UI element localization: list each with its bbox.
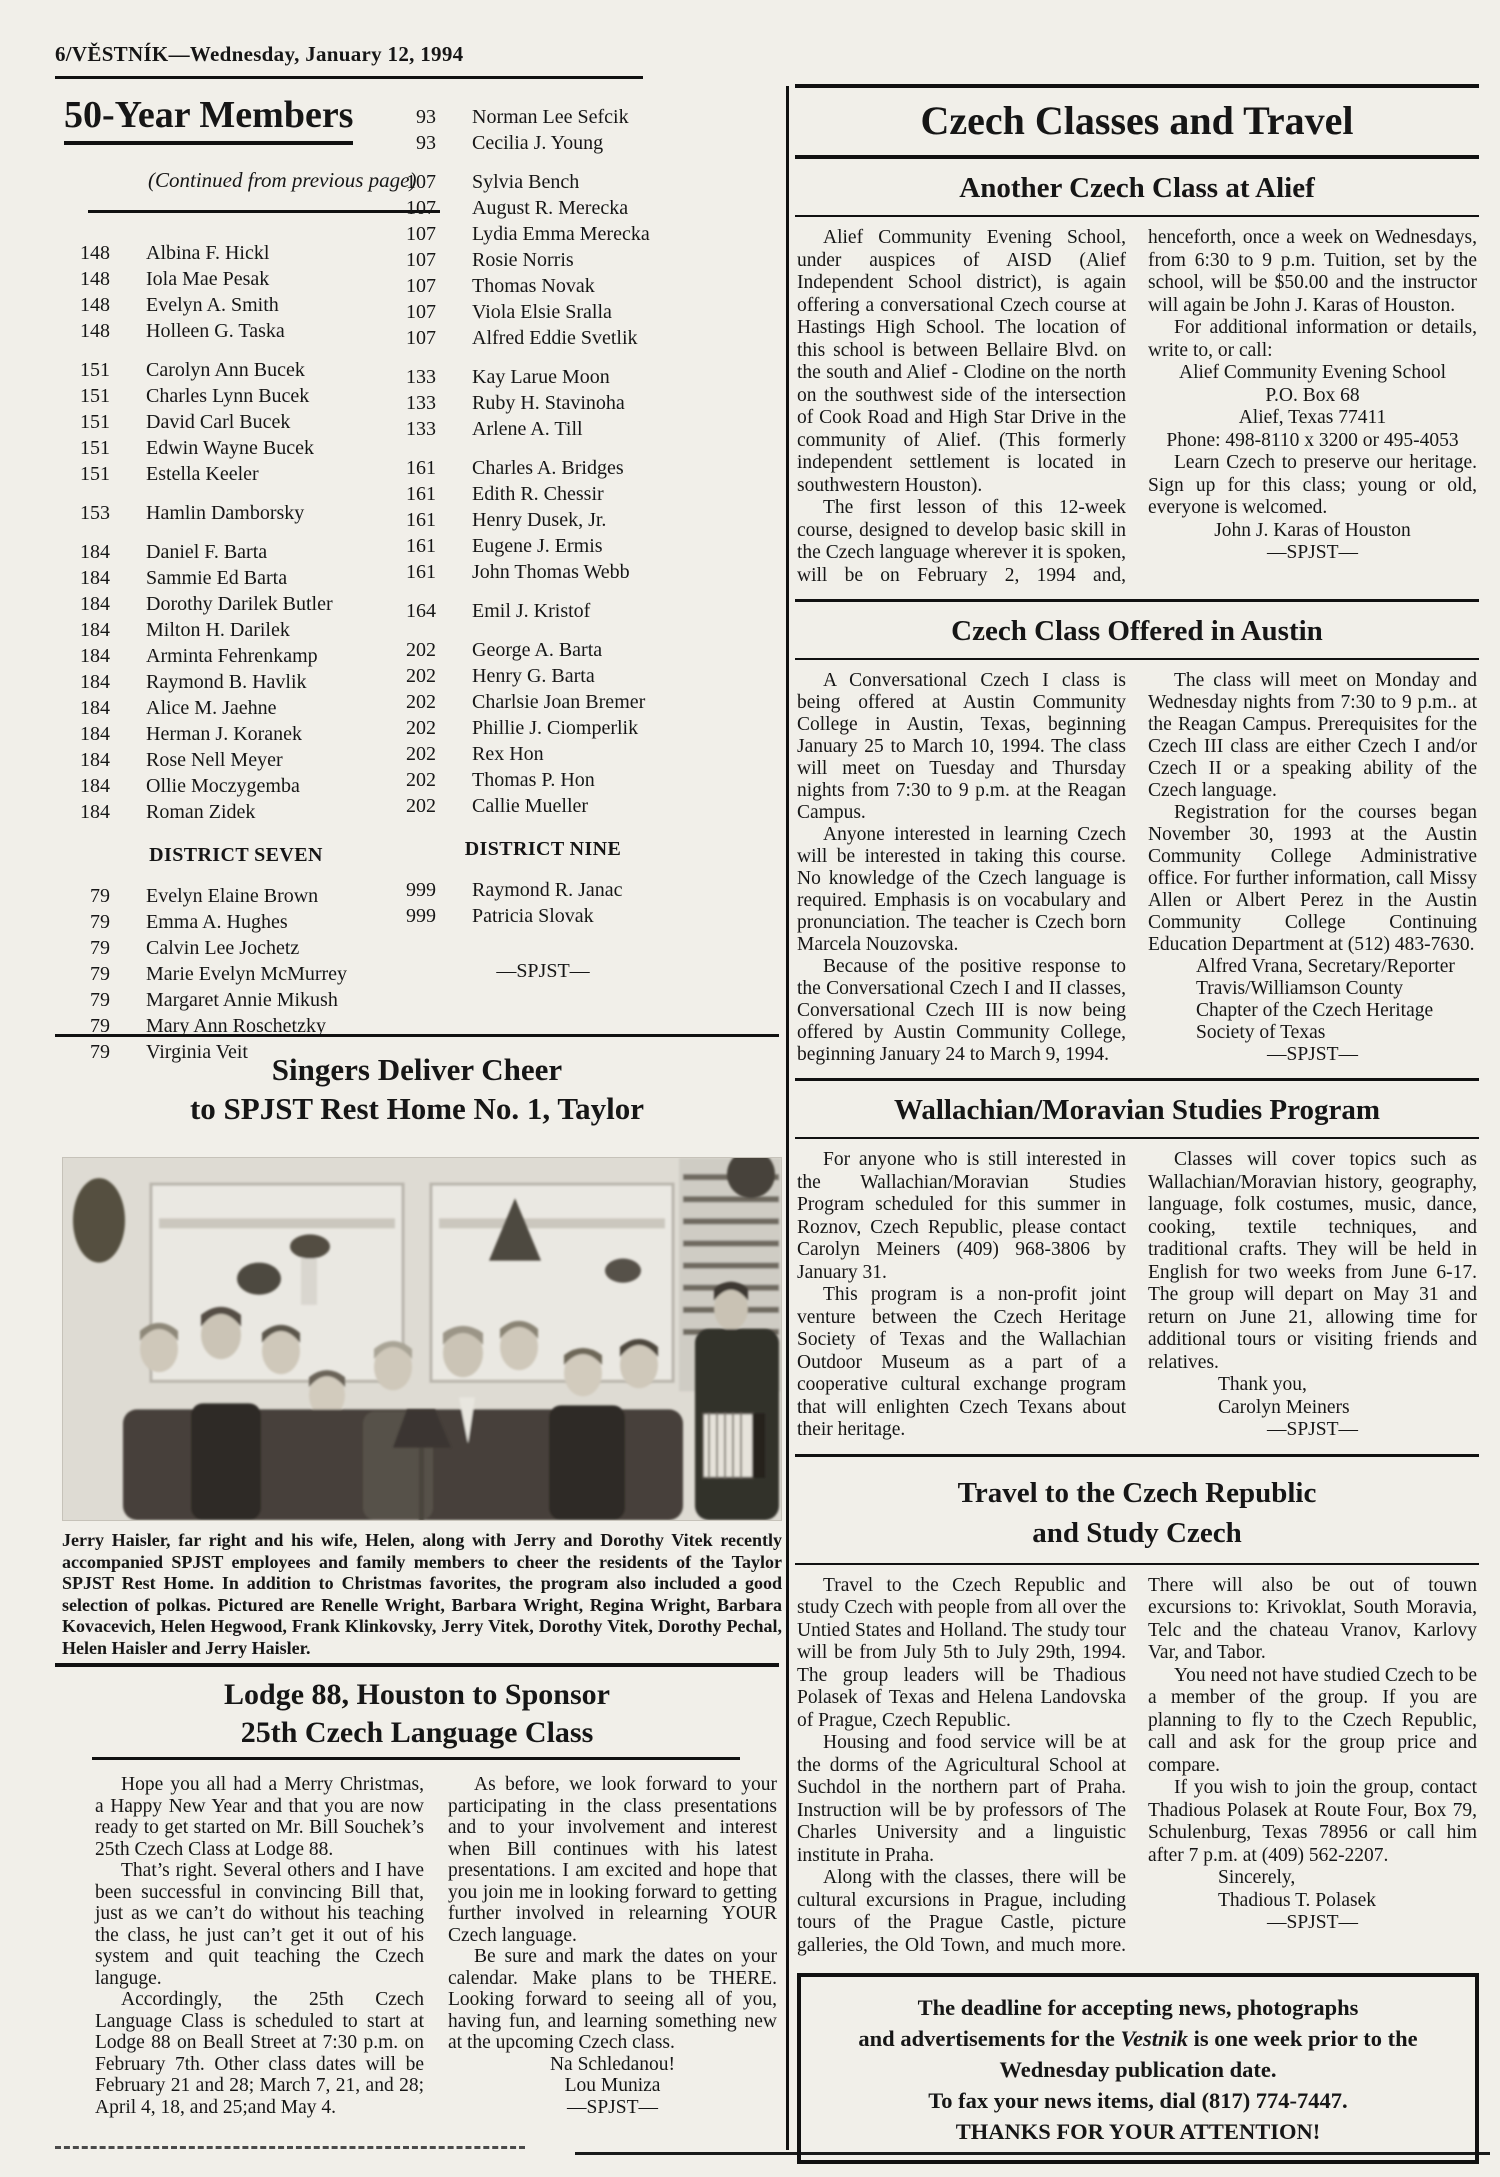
headline-line: Singers Deliver Cheer	[55, 1050, 779, 1089]
lodge-number: 151	[64, 435, 110, 461]
article-paragraph: —SPJST—	[1148, 542, 1477, 565]
lodge-number: 107	[390, 195, 436, 221]
member-row: 184Sammie Ed Barta	[64, 565, 372, 591]
member-row: 161Eugene J. Ermis	[390, 533, 660, 559]
article-paragraph: That’s right. Several others and I have …	[95, 1860, 424, 1989]
divider-rule	[55, 1034, 779, 1037]
member-name: Daniel F. Barta	[146, 539, 267, 565]
lodge-number: 999	[390, 903, 436, 929]
lodge-number: 107	[390, 299, 436, 325]
article-paragraph: Society of Texas	[1148, 1022, 1477, 1044]
member-row: 151Estella Keeler	[64, 461, 372, 487]
member-name: Raymond R. Janac	[472, 877, 623, 903]
lodge-number: 161	[390, 507, 436, 533]
divider-rule	[88, 210, 440, 213]
member-name: Charlsie Joan Bremer	[472, 689, 645, 715]
member-name: Edith R. Chessir	[472, 481, 604, 507]
lodge-number: 107	[390, 325, 436, 351]
member-name: Rosie Norris	[472, 247, 574, 273]
member-name: Sammie Ed Barta	[146, 565, 287, 591]
photo-caption: Jerry Haisler, far right and his wife, H…	[62, 1530, 782, 1659]
member-row: 184Arminta Fehrenkamp	[64, 643, 372, 669]
divider-rule	[795, 658, 1479, 660]
section-title: Czech Classes and Travel	[795, 97, 1479, 144]
masthead: 6/VĚSTNÍK—Wednesday, January 12, 1994	[55, 42, 643, 79]
member-row: 148Iola Mae Pesak	[64, 266, 372, 292]
lodge-number: 202	[390, 793, 436, 819]
lodge-number: 184	[64, 695, 110, 721]
member-name: Thomas P. Hon	[472, 767, 595, 793]
article-paragraph: Carolyn Meiners	[1148, 1397, 1477, 1420]
czech-classes-section: Czech Classes and Travel Another Czech C…	[795, 84, 1479, 2164]
member-name: David Carl Bucek	[146, 409, 290, 435]
deadline-notice: The deadline for accepting news, photogr…	[797, 1973, 1479, 2164]
member-row: 202Callie Mueller	[390, 793, 660, 819]
article-paragraph: Because of the positive response to the …	[797, 956, 1126, 1066]
member-row: 107Thomas Novak	[390, 273, 660, 299]
lodge-number: 79	[64, 987, 110, 1013]
lodge-number: 93	[390, 130, 436, 156]
article-paragraph: Anyone interested in learning Czech will…	[797, 824, 1126, 956]
headline-line: 25th Czech Language Class	[55, 1714, 779, 1752]
lodge-number: 184	[64, 539, 110, 565]
member-name: Viola Elsie Sralla	[472, 299, 612, 325]
member-name: Norman Lee Sefcik	[472, 104, 629, 130]
list-gap	[390, 624, 660, 637]
lodge-number: 133	[390, 390, 436, 416]
lodge-number: 107	[390, 221, 436, 247]
member-name: Lydia Emma Merecka	[472, 221, 650, 247]
member-name: Eugene J. Ermis	[472, 533, 603, 559]
photo-illustration	[63, 1158, 781, 1520]
lodge-number: 184	[64, 747, 110, 773]
wallachian-article: For anyone who is still interested in th…	[797, 1149, 1477, 1442]
member-row: 79Evelyn Elaine Brown	[64, 883, 372, 909]
deadline-line: Wednesday publication date.	[825, 2054, 1451, 2085]
member-name: Alice M. Jaehne	[146, 695, 277, 721]
member-row: 184Rose Nell Meyer	[64, 747, 372, 773]
member-name: Milton H. Darilek	[146, 617, 290, 643]
lodge-number: 133	[390, 416, 436, 442]
list-gap	[64, 487, 372, 500]
member-name: Iola Mae Pesak	[146, 266, 269, 292]
divider-rule	[795, 1137, 1479, 1139]
article-paragraph: You need not have studied Czech to be a …	[1148, 1665, 1477, 1778]
member-name: Ruby H. Stavinoha	[472, 390, 625, 416]
member-row: 93Norman Lee Sefcik	[390, 104, 660, 130]
lodge-number: 151	[64, 357, 110, 383]
member-row: 184Herman J. Koranek	[64, 721, 372, 747]
divider-rule	[795, 84, 1479, 88]
divider-rule	[795, 1454, 1479, 1457]
lodge88-article: Hope you all had a Merry Christmas, a Ha…	[95, 1774, 777, 2118]
article-paragraph: Thank you,	[1148, 1374, 1477, 1397]
article-paragraph: Alfred Vrana, Secretary/Reporter	[1148, 956, 1477, 978]
member-row: 148Evelyn A. Smith	[64, 292, 372, 318]
lodge-number: 151	[64, 409, 110, 435]
lodge-number: 151	[64, 383, 110, 409]
divider-rule	[795, 215, 1479, 217]
district-heading: DISTRICT SEVEN	[64, 842, 372, 868]
divider-rule	[795, 155, 1479, 159]
member-name: Phillie J. Ciomperlik	[472, 715, 638, 741]
lodge-number: 148	[64, 318, 110, 344]
member-name: Marie Evelyn McMurrey	[146, 961, 347, 987]
article-paragraph: Thadious T. Polasek	[1148, 1890, 1477, 1913]
members-title: 50-Year Members	[64, 96, 353, 145]
member-row: 79Margaret Annie Mikush	[64, 987, 372, 1013]
member-name: Dorothy Darilek Butler	[146, 591, 333, 617]
article-paragraph: Registration for the courses began Novem…	[1148, 802, 1477, 956]
lodge-number: 148	[64, 266, 110, 292]
divider-rule	[92, 1757, 740, 1760]
members-column-left: 148Albina F. Hickl148Iola Mae Pesak148Ev…	[64, 240, 372, 1065]
lodge-number: 133	[390, 364, 436, 390]
lodge-number: 107	[390, 247, 436, 273]
member-name: Emil J. Kristof	[472, 598, 590, 624]
member-row: 184Daniel F. Barta	[64, 539, 372, 565]
fold-marks	[55, 2146, 525, 2149]
list-gap	[390, 156, 660, 169]
article-paragraph: For additional information or details, w…	[1148, 317, 1477, 362]
member-name: Emma A. Hughes	[146, 909, 288, 935]
member-row: 148Holleen G. Taska	[64, 318, 372, 344]
article-paragraph: John J. Karas of Houston	[1148, 520, 1477, 543]
member-name: Sylvia Bench	[472, 169, 579, 195]
singers-headline: Singers Deliver Cheer to SPJST Rest Home…	[55, 1050, 779, 1128]
lodge-number: 184	[64, 721, 110, 747]
member-row: 184Ollie Moczygemba	[64, 773, 372, 799]
newspaper-page: 6/VĚSTNÍK—Wednesday, January 12, 1994 50…	[0, 0, 1500, 2177]
austin-article: A Conversational Czech I class is being …	[797, 670, 1477, 1066]
member-row: 153Hamlin Damborsky	[64, 500, 372, 526]
lodge-number: 164	[390, 598, 436, 624]
member-row: 151Edwin Wayne Bucek	[64, 435, 372, 461]
article-paragraph: For anyone who is still interested in th…	[797, 1149, 1126, 1284]
wallachian-article-title: Wallachian/Moravian Studies Program	[795, 1094, 1479, 1127]
member-row: 164Emil J. Kristof	[390, 598, 660, 624]
member-name: Charles Lynn Bucek	[146, 383, 309, 409]
article-paragraph: If you wish to join the group, contact T…	[1148, 1777, 1477, 1867]
lodge-number: 202	[390, 741, 436, 767]
divider-rule	[795, 1563, 1479, 1565]
deadline-line: and advertisements for the Vestnik is on…	[825, 2023, 1451, 2054]
lodge-number: 999	[390, 877, 436, 903]
member-row: 93Cecilia J. Young	[390, 130, 660, 156]
member-row: 202Phillie J. Ciomperlik	[390, 715, 660, 741]
lodge-number: 184	[64, 617, 110, 643]
member-name: Albina F. Hickl	[146, 240, 269, 266]
lodge-number: 161	[390, 559, 436, 585]
member-name: Henry Dusek, Jr.	[472, 507, 606, 533]
article-paragraph: Learn Czech to preserve our heritage. Si…	[1148, 452, 1477, 520]
member-name: Henry G. Barta	[472, 663, 595, 689]
member-name: Calvin Lee Jochetz	[146, 935, 299, 961]
column-divider-rule	[786, 86, 789, 2150]
member-row: 999Raymond R. Janac	[390, 877, 660, 903]
alief-article: Alief Community Evening School, under au…	[797, 227, 1477, 587]
member-name: Alfred Eddie Svetlik	[472, 325, 638, 351]
list-gap	[64, 344, 372, 357]
member-row: 161Henry Dusek, Jr.	[390, 507, 660, 533]
member-row: 184Milton H. Darilek	[64, 617, 372, 643]
lodge-number: 184	[64, 643, 110, 669]
spjst-signoff: —SPJST—	[390, 958, 660, 984]
member-name: Edwin Wayne Bucek	[146, 435, 314, 461]
article-paragraph: Alief Community Evening School	[1148, 362, 1477, 385]
vestnik-name: Vestnik	[1120, 2026, 1188, 2051]
member-name: Estella Keeler	[146, 461, 259, 487]
article-paragraph: Na Schledanou!	[448, 2054, 777, 2076]
article-paragraph: —SPJST—	[1148, 1044, 1477, 1066]
lodge-number: 79	[64, 909, 110, 935]
member-row: 79Emma A. Hughes	[64, 909, 372, 935]
member-row: 133Arlene A. Till	[390, 416, 660, 442]
list-gap	[390, 585, 660, 598]
members-subtitle: (Continued from previous page)	[148, 168, 417, 193]
member-name: Callie Mueller	[472, 793, 588, 819]
deadline-text: and advertisements for the	[858, 2026, 1120, 2051]
article-paragraph: As before, we look forward to your parti…	[448, 1774, 777, 1946]
lodge-number: 93	[390, 104, 436, 130]
member-row: 184Dorothy Darilek Butler	[64, 591, 372, 617]
list-gap	[390, 351, 660, 364]
member-row: 107Alfred Eddie Svetlik	[390, 325, 660, 351]
member-name: Herman J. Koranek	[146, 721, 302, 747]
deadline-text: is one week prior to the	[1188, 2026, 1418, 2051]
article-paragraph: Housing and food service will be at the …	[797, 1732, 1126, 1867]
member-name: Thomas Novak	[472, 273, 595, 299]
lodge-number: 79	[64, 961, 110, 987]
member-row: 202Rex Hon	[390, 741, 660, 767]
member-row: 184Alice M. Jaehne	[64, 695, 372, 721]
lodge-number: 202	[390, 715, 436, 741]
article-paragraph: Be sure and mark the dates on your calen…	[448, 1946, 777, 2054]
member-row: 107Rosie Norris	[390, 247, 660, 273]
list-gap	[390, 442, 660, 455]
member-row: 161Edith R. Chessir	[390, 481, 660, 507]
article-paragraph: Lou Muniza	[448, 2075, 777, 2097]
member-name: Holleen G. Taska	[146, 318, 285, 344]
member-row: 151David Carl Bucek	[64, 409, 372, 435]
lodge-number: 184	[64, 799, 110, 825]
list-gap	[64, 526, 372, 539]
article-paragraph: Sincerely,	[1148, 1867, 1477, 1890]
member-name: Evelyn A. Smith	[146, 292, 279, 318]
member-name: Ollie Moczygemba	[146, 773, 300, 799]
lodge-number: 79	[64, 883, 110, 909]
member-row: 133Kay Larue Moon	[390, 364, 660, 390]
deadline-line: To fax your news items, dial (817) 774-7…	[825, 2085, 1451, 2116]
article-paragraph: Classes will cover topics such as Wallac…	[1148, 1149, 1477, 1374]
lodge-number: 184	[64, 591, 110, 617]
lodge-number: 202	[390, 689, 436, 715]
lodge-number: 148	[64, 292, 110, 318]
article-paragraph: Chapter of the Czech Heritage	[1148, 1000, 1477, 1022]
member-name: Roman Zidek	[146, 799, 255, 825]
fifty-year-members-section: 50-Year Members (Continued from previous…	[62, 92, 780, 1040]
lodge-number: 184	[64, 773, 110, 799]
member-row: 184Roman Zidek	[64, 799, 372, 825]
lodge-number: 161	[390, 481, 436, 507]
deadline-line: The deadline for accepting news, photogr…	[825, 1992, 1451, 2023]
divider-rule	[795, 599, 1479, 602]
travel-article-title: Travel to the Czech Republic and Study C…	[795, 1473, 1479, 1553]
member-row: 202Henry G. Barta	[390, 663, 660, 689]
lodge-number: 107	[390, 273, 436, 299]
article-paragraph: P.O. Box 68	[1148, 385, 1477, 408]
member-name: John Thomas Webb	[472, 559, 630, 585]
headline-line: and Study Czech	[795, 1513, 1479, 1553]
lodge-number: 202	[390, 767, 436, 793]
divider-rule	[55, 1663, 779, 1667]
deadline-line: THANKS FOR YOUR ATTENTION!	[825, 2116, 1451, 2147]
member-row: 999Patricia Slovak	[390, 903, 660, 929]
member-row: 161Charles A. Bridges	[390, 455, 660, 481]
member-row: 133Ruby H. Stavinoha	[390, 390, 660, 416]
austin-article-title: Czech Class Offered in Austin	[795, 615, 1479, 648]
lodge-number: 184	[64, 565, 110, 591]
member-row: 148Albina F. Hickl	[64, 240, 372, 266]
lodge-number: 202	[390, 663, 436, 689]
article-paragraph: —SPJST—	[448, 2097, 777, 2119]
lodge-number: 107	[390, 169, 436, 195]
member-row: 107Viola Elsie Sralla	[390, 299, 660, 325]
member-row: 79Calvin Lee Jochetz	[64, 935, 372, 961]
divider-rule	[795, 1078, 1479, 1081]
member-row: 107Lydia Emma Merecka	[390, 221, 660, 247]
member-name: Raymond B. Havlik	[146, 669, 307, 695]
headline-line: Travel to the Czech Republic	[795, 1473, 1479, 1513]
lodge-number: 184	[64, 669, 110, 695]
article-paragraph: A Conversational Czech I class is being …	[797, 670, 1126, 824]
member-row: 202George A. Barta	[390, 637, 660, 663]
lodge-number: 151	[64, 461, 110, 487]
member-row: 184Raymond B. Havlik	[64, 669, 372, 695]
article-paragraph: —SPJST—	[1148, 1912, 1477, 1935]
lodge88-headline: Lodge 88, Houston to Sponsor 25th Czech …	[55, 1676, 779, 1752]
article-paragraph: This program is a non-profit joint ventu…	[797, 1284, 1126, 1442]
article-paragraph: Alief, Texas 77411	[1148, 407, 1477, 430]
headline-line: Lodge 88, Houston to Sponsor	[55, 1676, 779, 1714]
member-name: Cecilia J. Young	[472, 130, 603, 156]
article-paragraph: Alief Community Evening School, under au…	[797, 227, 1126, 497]
member-row: 79Marie Evelyn McMurrey	[64, 961, 372, 987]
member-name: Patricia Slovak	[472, 903, 594, 929]
member-row: 151Charles Lynn Bucek	[64, 383, 372, 409]
rest-home-group-photo	[63, 1158, 781, 1520]
headline-line: to SPJST Rest Home No. 1, Taylor	[55, 1089, 779, 1128]
member-name: Margaret Annie Mikush	[146, 987, 338, 1013]
district-heading: DISTRICT NINE	[390, 836, 660, 862]
member-name: Carolyn Ann Bucek	[146, 357, 305, 383]
member-row: 107August R. Merecka	[390, 195, 660, 221]
member-row: 107Sylvia Bench	[390, 169, 660, 195]
member-name: Charles A. Bridges	[472, 455, 624, 481]
alief-article-title: Another Czech Class at Alief	[795, 172, 1479, 205]
member-name: Arlene A. Till	[472, 416, 583, 442]
members-column-right: 93Norman Lee Sefcik93Cecilia J. Young107…	[390, 104, 660, 984]
member-row: 151Carolyn Ann Bucek	[64, 357, 372, 383]
lodge-number: 161	[390, 455, 436, 481]
article-paragraph: The class will meet on Monday and Wednes…	[1148, 670, 1477, 802]
lodge-number: 148	[64, 240, 110, 266]
lodge-number: 202	[390, 637, 436, 663]
article-paragraph: Travel to the Czech Republic and study C…	[797, 1575, 1126, 1733]
article-paragraph: Hope you all had a Merry Christmas, a Ha…	[95, 1774, 424, 1860]
member-name: Hamlin Damborsky	[146, 500, 304, 526]
lodge-number: 153	[64, 500, 110, 526]
member-row: 161John Thomas Webb	[390, 559, 660, 585]
article-paragraph: Travis/Williamson County	[1148, 978, 1477, 1000]
member-row: 202Charlsie Joan Bremer	[390, 689, 660, 715]
article-paragraph: —SPJST—	[1148, 1419, 1477, 1442]
lodge-number: 161	[390, 533, 436, 559]
article-paragraph: Phone: 498-8110 x 3200 or 495-4053	[1148, 430, 1477, 453]
list-gap	[390, 929, 660, 942]
member-row: 202Thomas P. Hon	[390, 767, 660, 793]
lodge-number: 79	[64, 935, 110, 961]
member-name: Arminta Fehrenkamp	[146, 643, 318, 669]
member-name: George A. Barta	[472, 637, 602, 663]
article-paragraph: Accordingly, the 25th Czech Language Cla…	[95, 1989, 424, 2118]
member-name: Kay Larue Moon	[472, 364, 610, 390]
member-name: Rose Nell Meyer	[146, 747, 283, 773]
member-name: Rex Hon	[472, 741, 544, 767]
travel-article: Travel to the Czech Republic and study C…	[797, 1575, 1477, 1958]
member-name: Evelyn Elaine Brown	[146, 883, 318, 909]
member-name: August R. Merecka	[472, 195, 628, 221]
